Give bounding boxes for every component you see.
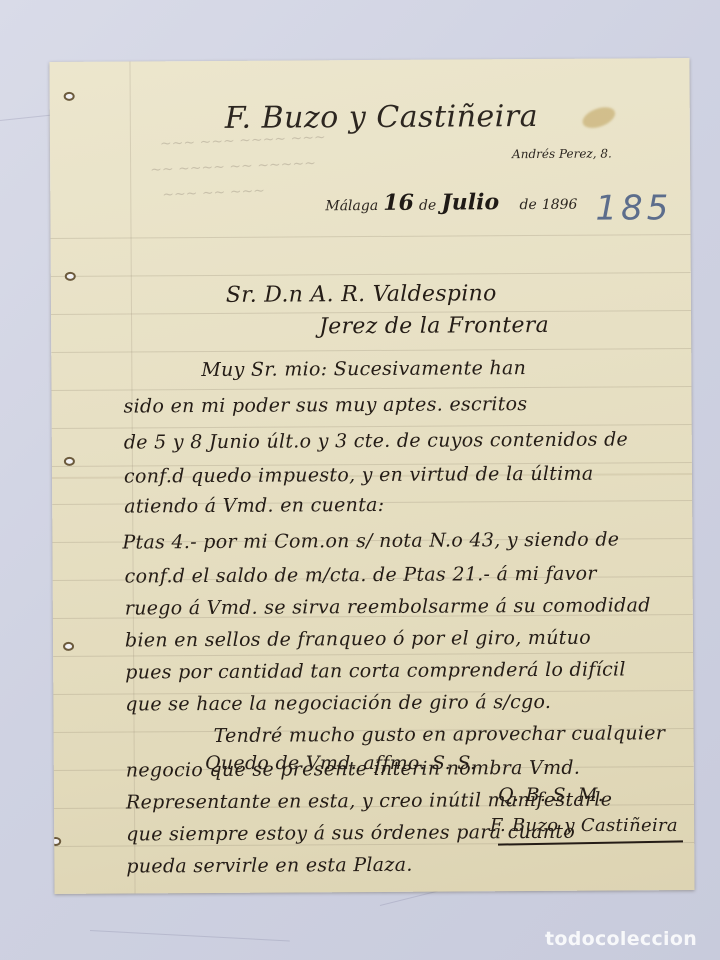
body-line: sido en mi poder sus muy aptes. escritos — [124, 393, 528, 417]
body-line: bien en sellos de franqueo ó por el giro… — [125, 627, 591, 652]
closing-abbrev: Q. B. S. M. — [498, 784, 604, 806]
body-line: Ptas 4.- por mi Com.on s/ nota N.o 43, y… — [122, 528, 619, 553]
date-de: de — [519, 197, 536, 213]
punch-hole — [64, 92, 75, 101]
letterhead-firm-name: F. Buzo y Castiñeira — [225, 99, 538, 136]
date-month: Julio — [441, 189, 499, 215]
body-line: de 5 y 8 Junio últ.o y 3 cte. de cuyos c… — [124, 428, 628, 453]
date-day: 16 — [383, 190, 414, 216]
body-line: Tendré mucho gusto en aprovechar cualqui… — [214, 722, 666, 747]
closing-line: Quedo de Vmd. affmo. S. S. — [205, 752, 476, 774]
bleed-through-text: ~~ ~~~~ ~~ ~~~~~ — [150, 155, 316, 178]
date-place: Málaga — [325, 198, 378, 214]
punch-hole — [63, 642, 74, 651]
stain — [580, 103, 618, 132]
body-line: pueda servirle en esta Plaza. — [126, 854, 412, 878]
reference-number: 185 — [595, 188, 672, 228]
punch-hole — [64, 457, 75, 466]
recipient-name: Sr. D.n A. R. Valdespino — [226, 281, 497, 308]
dateline: Málaga 16 de Julio de 1896 — [325, 189, 577, 217]
punch-hole — [65, 272, 76, 281]
body-line: Muy Sr. mio: Sucesivamente han — [201, 357, 526, 381]
punch-hole — [50, 837, 61, 846]
body-line: atiendo á Vmd. en cuenta: — [124, 494, 384, 518]
date-de: de — [419, 198, 436, 214]
body-line: pues por cantidad tan corta comprenderá … — [125, 658, 626, 683]
watermark: todocoleccion — [545, 928, 697, 950]
body-line: conf.d quedo impuesto, y en virtud de la… — [124, 463, 594, 488]
recipient-place: Jerez de la Frontera — [319, 313, 549, 339]
body-line: ruego á Vmd. se sirva reembolsarme á su … — [125, 594, 651, 619]
date-year: 1896 — [542, 197, 578, 213]
bleed-through-text: ~~~ ~~ ~~~ — [162, 183, 265, 203]
body-line: que se hace la negociación de giro á s/c… — [125, 691, 551, 716]
letterhead-address: Andrés Perez, 8. — [512, 147, 612, 162]
signature: F. Buzo y Castiñeira — [490, 815, 678, 836]
body-line: conf.d el saldo de m/cta. de Ptas 21.- á… — [125, 563, 597, 588]
